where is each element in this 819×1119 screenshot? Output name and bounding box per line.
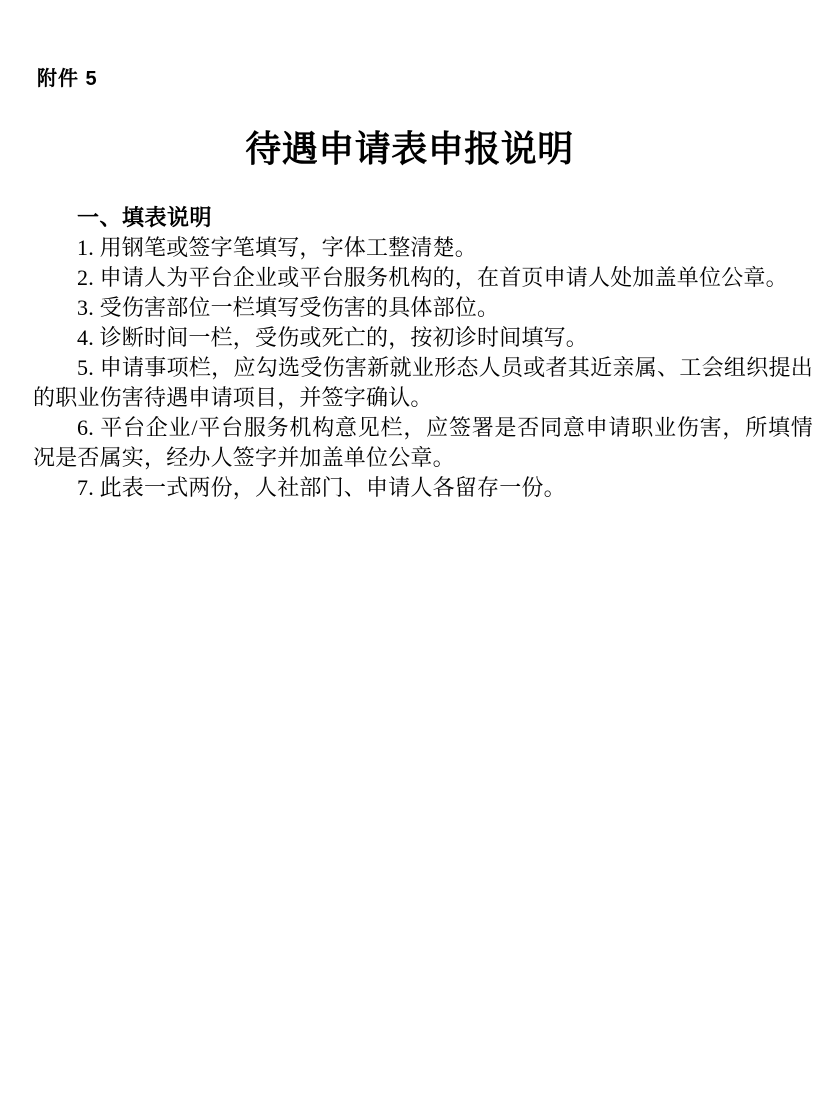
instruction-item: 4. 诊断时间一栏，受伤或死亡的，按初诊时间填写。 [33, 323, 813, 353]
instruction-item: 7. 此表一式两份，人社部门、申请人各留存一份。 [33, 473, 813, 503]
instruction-item: 3. 受伤害部位一栏填写受伤害的具体部位。 [33, 293, 813, 323]
document-title: 待遇申请表申报说明 [0, 121, 819, 172]
instruction-item: 5. 申请事项栏，应勾选受伤害新就业形态人员或者其近亲属、工会组织提出的职业伤害… [33, 353, 813, 413]
section-heading: 一、填表说明 [33, 203, 813, 233]
document-page: 附件 5 待遇申请表申报说明 一、填表说明 1. 用钢笔或签字笔填写，字体工整清… [0, 0, 819, 1119]
instruction-item: 6. 平台企业/平台服务机构意见栏，应签署是否同意申请职业伤害，所填情况是否属实… [33, 413, 813, 473]
instruction-item: 1. 用钢笔或签字笔填写，字体工整清楚。 [33, 233, 813, 263]
document-body: 一、填表说明 1. 用钢笔或签字笔填写，字体工整清楚。2. 申请人为平台企业或平… [33, 203, 813, 503]
instruction-item: 2. 申请人为平台企业或平台服务机构的，在首页申请人处加盖单位公章。 [33, 263, 813, 293]
instruction-list: 1. 用钢笔或签字笔填写，字体工整清楚。2. 申请人为平台企业或平台服务机构的，… [33, 233, 813, 503]
attachment-label: 附件 5 [37, 62, 98, 91]
